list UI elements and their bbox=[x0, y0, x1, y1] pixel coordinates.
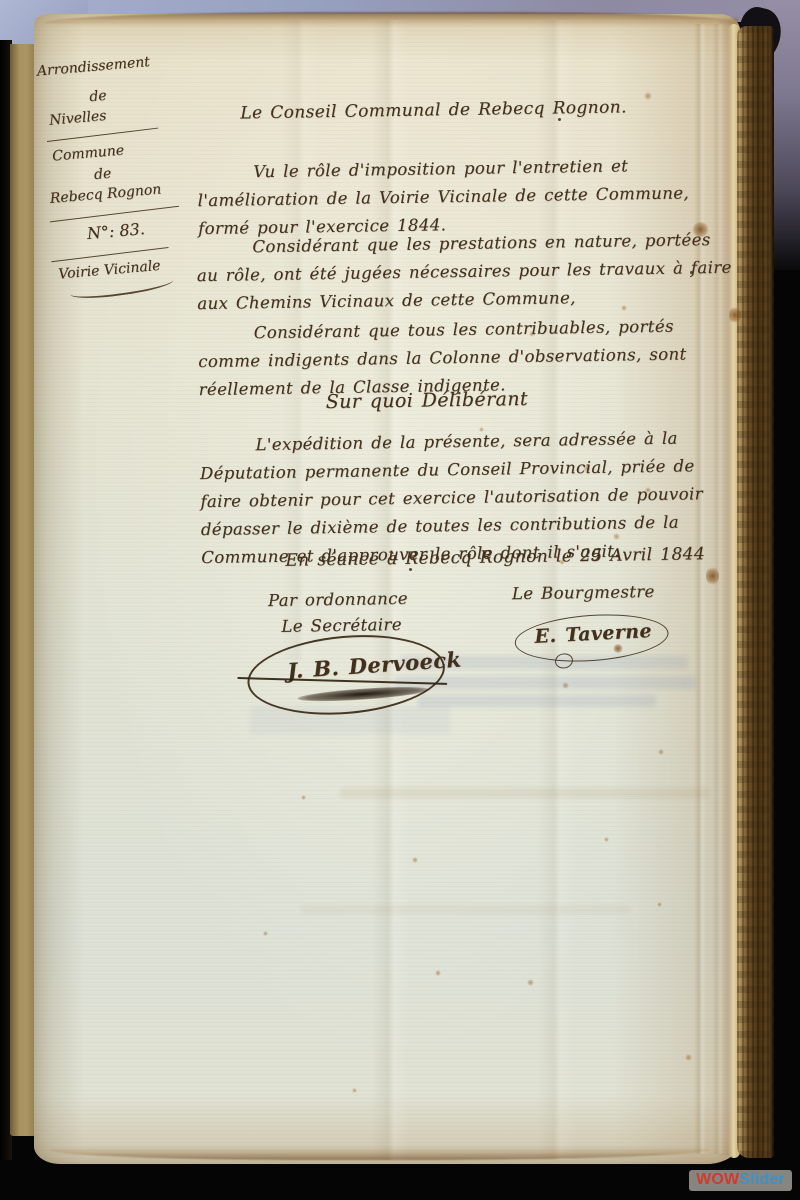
margin-number: N°: 83. bbox=[86, 219, 145, 243]
signature-left-label1: Par ordonnance bbox=[268, 589, 408, 610]
handwritten-content: Arrondissement de Nivelles Commune de Re… bbox=[0, 0, 800, 1200]
margin-commune-line1: Commune bbox=[52, 143, 125, 165]
margin-rule bbox=[47, 128, 158, 142]
paragraph-considerant-1: Considérant que les prestations en natur… bbox=[196, 226, 735, 318]
watermark-light-text: Slider bbox=[739, 1171, 785, 1188]
margin-arrondissement-line3: Nivelles bbox=[49, 108, 108, 129]
margin-commune-line2: de bbox=[93, 166, 112, 183]
watermark-bold-text: WOW bbox=[696, 1171, 739, 1188]
photo-of-manuscript: Arrondissement de Nivelles Commune de Re… bbox=[0, 0, 800, 1200]
opening-line: Le Conseil Communal de Rebecq Rognon. bbox=[240, 97, 627, 123]
margin-arrondissement-line1: Arrondissement bbox=[36, 54, 150, 80]
margin-arrondissement-line2: de bbox=[89, 88, 108, 105]
margin-rule bbox=[50, 206, 179, 223]
wowslider-watermark[interactable]: WOWSlider bbox=[689, 1170, 792, 1191]
signature-left-label2: Le Secrétaire bbox=[281, 615, 402, 636]
margin-commune-line3: Rebecq Rognon bbox=[49, 182, 162, 207]
signature-right-label: Le Bourgmestre bbox=[512, 582, 655, 603]
